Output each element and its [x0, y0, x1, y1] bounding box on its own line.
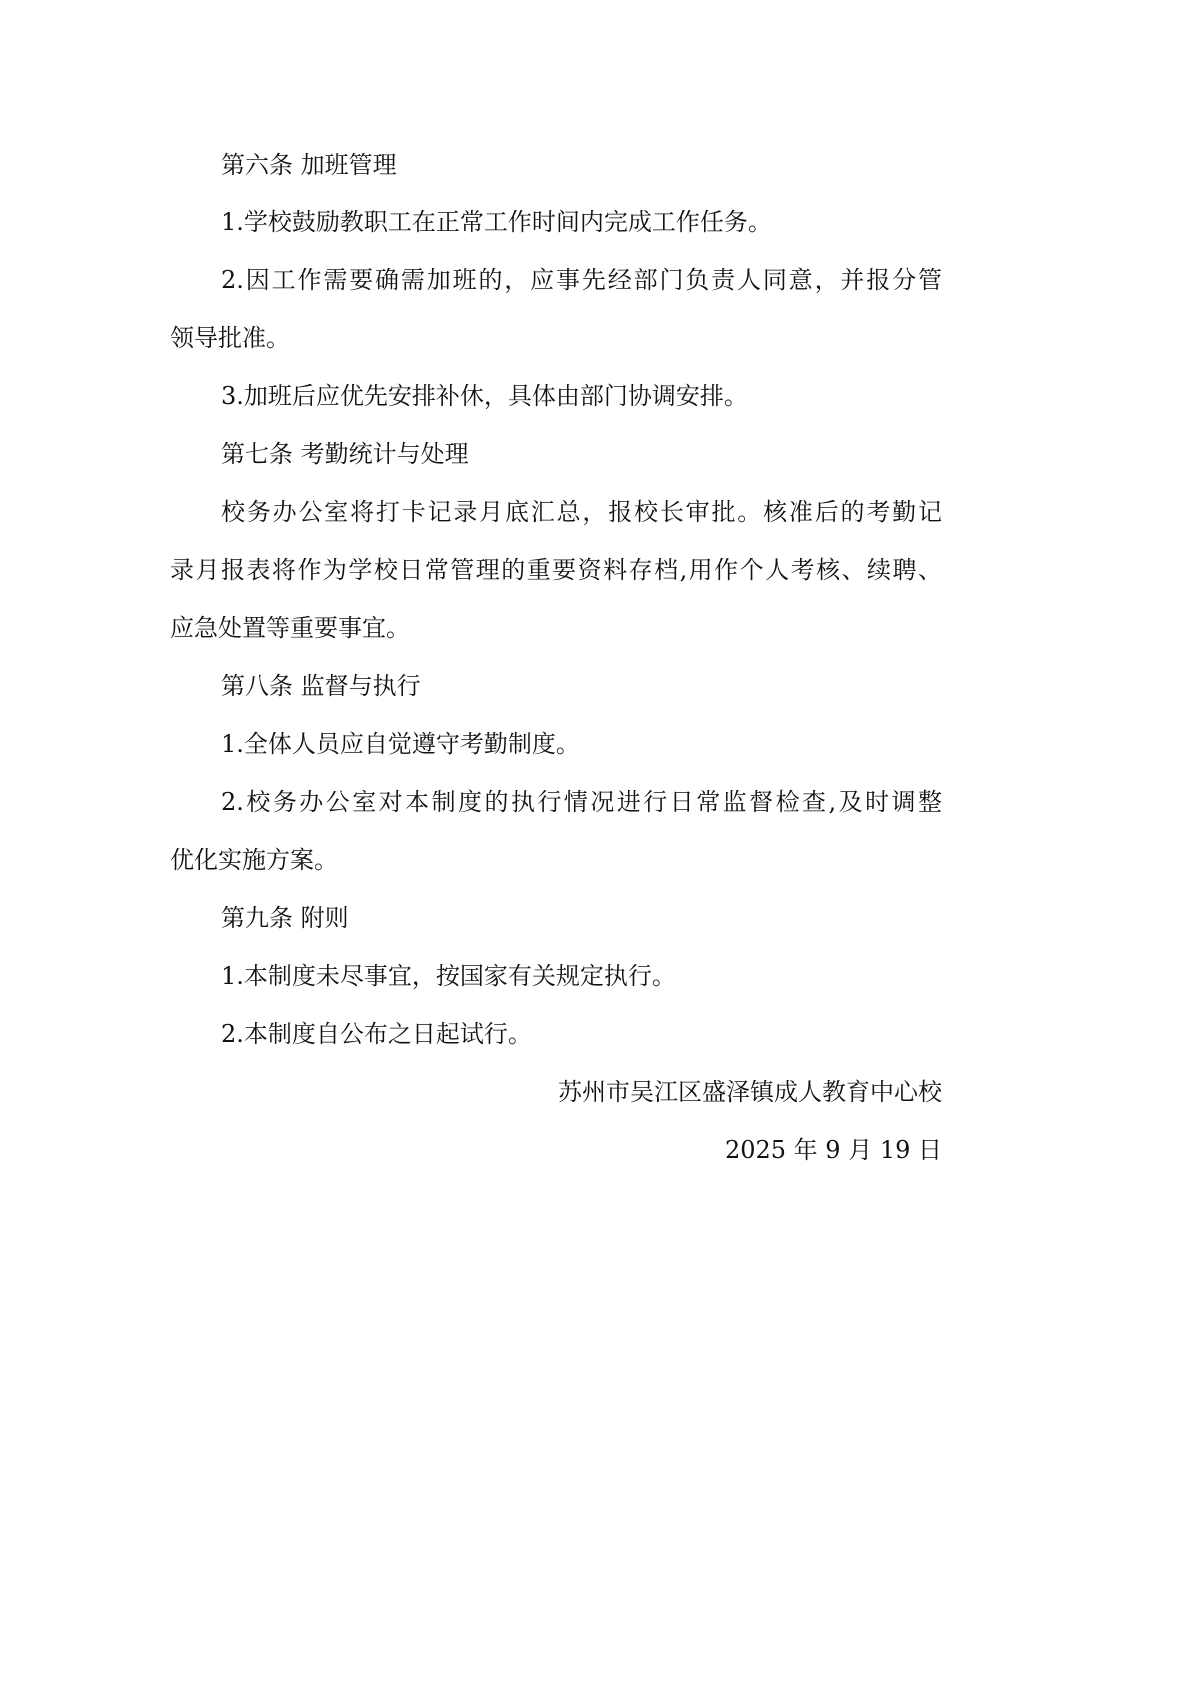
article-9-item-2: 2.本制度自公布之日起试行。: [221, 1019, 532, 1049]
article-8-item-2-line-2: 优化实施方案。: [170, 845, 338, 875]
article-8-item-2-line-1: 2.校务办公室对本制度的执行情况进行日常监督检查,及时调整: [221, 787, 942, 817]
article-6-item-2-line-1: 2.因工作需要确需加班的，应事先经部门负责人同意，并报分管: [221, 265, 942, 295]
article-7-para-line-3: 应急处置等重要事宜。: [170, 613, 410, 643]
article-9-heading: 第九条 附则: [221, 903, 349, 933]
signature-organization: 苏州市吴江区盛泽镇成人教育中心校: [558, 1077, 942, 1107]
article-6-item-3: 3.加班后应优先安排补休，具体由部门协调安排。: [221, 381, 748, 411]
article-8-heading: 第八条 监督与执行: [221, 671, 421, 701]
article-6-item-2-line-2: 领导批准。: [170, 323, 290, 353]
article-8-item-1: 1.全体人员应自觉遵守考勤制度。: [221, 729, 580, 759]
article-6-heading: 第六条 加班管理: [221, 150, 397, 180]
signature-date: 2025 年 9 月 19 日: [725, 1135, 942, 1165]
article-7-para-line-1: 校务办公室将打卡记录月底汇总，报校长审批。核准后的考勤记: [221, 497, 942, 527]
article-7-para-line-2: 录月报表将作为学校日常管理的重要资料存档,用作个人考核、续聘、: [170, 555, 942, 585]
article-7-heading: 第七条 考勤统计与处理: [221, 439, 469, 469]
article-6-item-1: 1.学校鼓励教职工在正常工作时间内完成工作任务。: [221, 207, 772, 237]
article-9-item-1: 1.本制度未尽事宜，按国家有关规定执行。: [221, 961, 676, 991]
